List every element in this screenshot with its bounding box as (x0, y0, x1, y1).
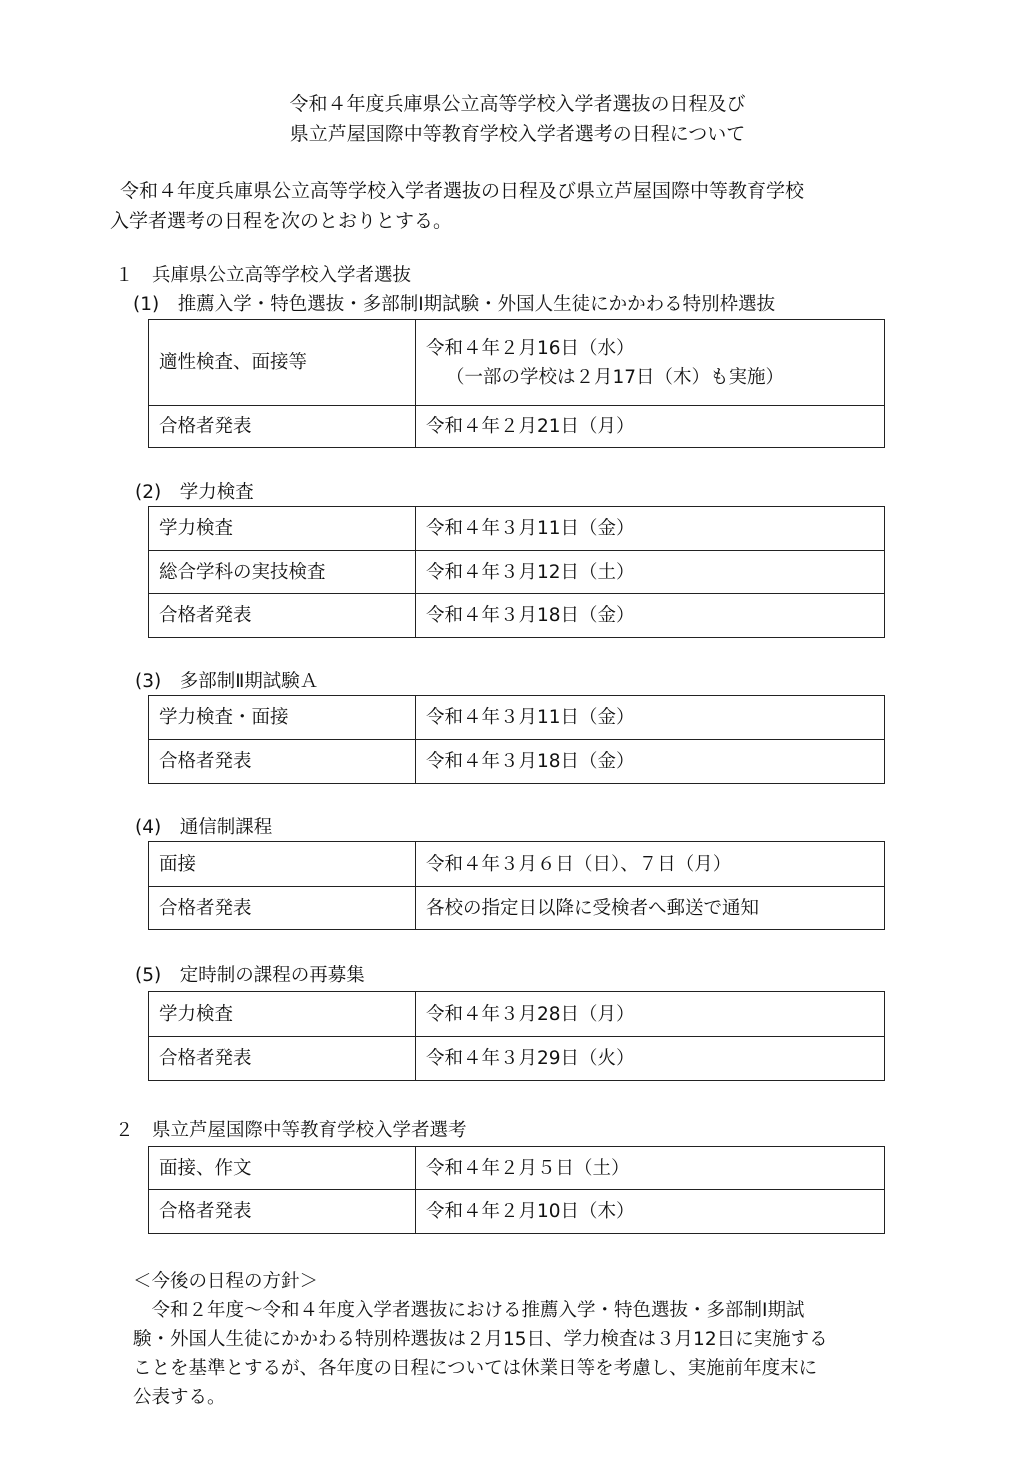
subsection-3-heading: (3) 多部制Ⅱ期試験Ａ (135, 668, 318, 696)
row-date-note: （一部の学校は２月17日（木）も実施） (426, 363, 874, 392)
row-label: 学力検査・面接 (149, 696, 416, 740)
title-line-1: 令和４年度兵庫県公立高等学校入学者選抜の日程及び (0, 88, 1035, 120)
row-date: 令和４年３月11日（金） (416, 696, 885, 740)
row-label: 合格者発表 (149, 740, 416, 784)
row-date-main: 令和４年２月16日（水） (426, 334, 874, 363)
policy-line-2: 験・外国人生徒にかかわる特別枠選抜は２月15日、学力検査は３月12日に実施する (133, 1325, 933, 1355)
schedule-table-4: 面接 令和４年３月６日（日）、７日（月） 合格者発表 各校の指定日以降に受検者へ… (148, 841, 885, 930)
row-date: 令和４年３月18日（金） (416, 740, 885, 784)
schedule-table-3: 学力検査・面接 令和４年３月11日（金） 合格者発表 令和４年３月18日（金） (148, 695, 885, 784)
section-1-heading: １ 兵庫県公立高等学校入学者選抜 (115, 262, 411, 290)
row-date: 令和４年３月６日（日）、７日（月） (416, 842, 885, 887)
row-date: 令和４年２月５日（土） (416, 1147, 885, 1190)
intro-line-2: 入学者選考の日程を次のとおりとする。 (110, 205, 930, 237)
schedule-table-1: 適性検査、面接等 令和４年２月16日（水） （一部の学校は２月17日（木）も実施… (148, 319, 885, 448)
policy-line-3: ことを基準とするが、各年度の日程については休業日等を考慮し、実施前年度末に (133, 1354, 933, 1384)
row-date: 令和４年２月21日（月） (416, 406, 885, 448)
row-label: 学力検査 (149, 507, 416, 551)
table-row: 学力検査・面接 令和４年３月11日（金） (149, 696, 885, 740)
table-row: 合格者発表 令和４年３月18日（金） (149, 740, 885, 784)
row-label: 面接、作文 (149, 1147, 416, 1190)
row-date: 令和４年２月10日（木） (416, 1190, 885, 1234)
subsection-1-heading: (1) 推薦入学・特色選抜・多部制Ⅰ期試験・外国人生徒にかかわる特別枠選抜 (133, 291, 775, 319)
row-date: 令和４年２月16日（水） （一部の学校は２月17日（木）も実施） (416, 320, 885, 406)
table-row: 合格者発表 各校の指定日以降に受検者へ郵送で通知 (149, 887, 885, 930)
subsection-4-heading: (4) 通信制課程 (135, 814, 272, 842)
row-label: 合格者発表 (149, 594, 416, 638)
title-line-2: 県立芦屋国際中等教育学校入学者選考の日程について (0, 118, 1035, 150)
table-row: 合格者発表 令和４年３月29日（火） (149, 1037, 885, 1081)
schedule-table-6: 面接、作文 令和４年２月５日（土） 合格者発表 令和４年２月10日（木） (148, 1146, 885, 1234)
table-row: 適性検査、面接等 令和４年２月16日（水） （一部の学校は２月17日（木）も実施… (149, 320, 885, 406)
intro-line-1: 令和４年度兵庫県公立高等学校入学者選抜の日程及び県立芦屋国際中等教育学校 (120, 175, 940, 207)
table-row: 学力検査 令和４年３月28日（月） (149, 992, 885, 1037)
policy-line-1: 令和２年度～令和４年度入学者選抜における推薦入学・特色選抜・多部制Ⅰ期試 (133, 1296, 933, 1326)
row-label: 適性検査、面接等 (149, 320, 416, 406)
table-row: 合格者発表 令和４年３月18日（金） (149, 594, 885, 638)
schedule-table-5: 学力検査 令和４年３月28日（月） 合格者発表 令和４年３月29日（火） (148, 991, 885, 1081)
table-row: 合格者発表 令和４年２月21日（月） (149, 406, 885, 448)
schedule-table-2: 学力検査 令和４年３月11日（金） 総合学科の実技検査 令和４年３月12日（土）… (148, 506, 885, 638)
row-date: 令和４年３月28日（月） (416, 992, 885, 1037)
subsection-2-heading: (2) 学力検査 (135, 479, 254, 507)
row-label: 合格者発表 (149, 1190, 416, 1234)
row-date: 令和４年３月18日（金） (416, 594, 885, 638)
table-row: 総合学科の実技検査 令和４年３月12日（土） (149, 551, 885, 594)
table-row: 合格者発表 令和４年２月10日（木） (149, 1190, 885, 1234)
table-row: 面接 令和４年３月６日（日）、７日（月） (149, 842, 885, 887)
policy-heading: ＜今後の日程の方針＞ (133, 1267, 933, 1297)
row-date: 各校の指定日以降に受検者へ郵送で通知 (416, 887, 885, 930)
row-date: 令和４年３月12日（土） (416, 551, 885, 594)
row-label: 合格者発表 (149, 1037, 416, 1081)
section-2-heading: ２ 県立芦屋国際中等教育学校入学者選考 (115, 1117, 467, 1145)
row-date: 令和４年３月29日（火） (416, 1037, 885, 1081)
row-date: 令和４年３月11日（金） (416, 507, 885, 551)
row-label: 合格者発表 (149, 406, 416, 448)
row-label: 総合学科の実技検査 (149, 551, 416, 594)
subsection-5-heading: (5) 定時制の課程の再募集 (135, 962, 365, 990)
row-label: 合格者発表 (149, 887, 416, 930)
policy-line-4: 公表する。 (133, 1383, 933, 1413)
table-row: 学力検査 令和４年３月11日（金） (149, 507, 885, 551)
row-label: 面接 (149, 842, 416, 887)
row-label: 学力検査 (149, 992, 416, 1037)
table-row: 面接、作文 令和４年２月５日（土） (149, 1147, 885, 1190)
